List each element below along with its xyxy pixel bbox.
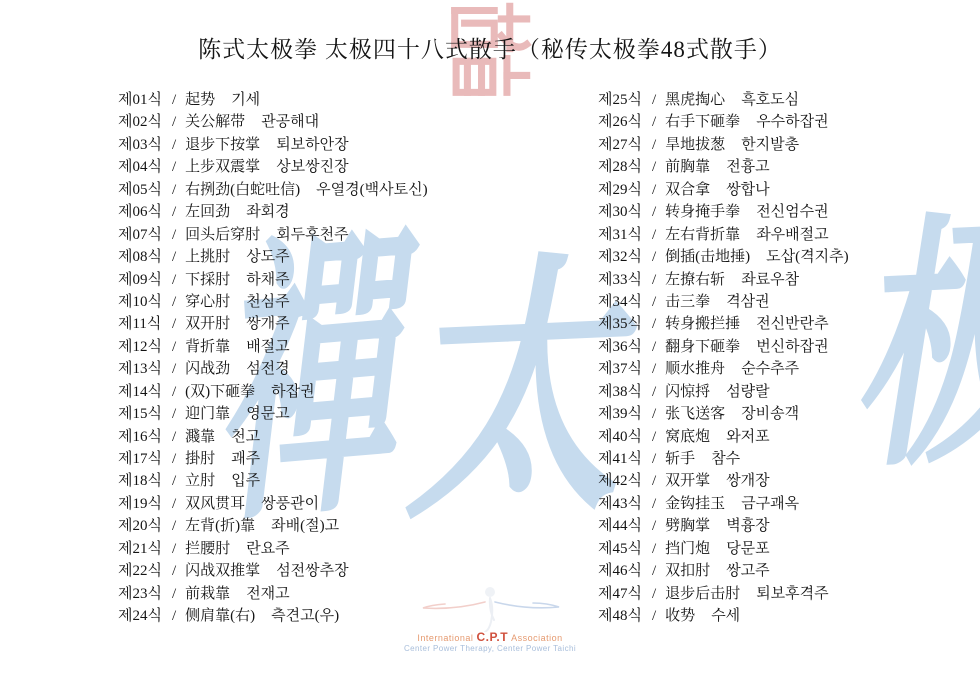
- list-item: 제24식/侧肩靠(右)측견고(우): [118, 605, 428, 627]
- chinese-move-name: 濺靠: [185, 429, 215, 445]
- separator: /: [652, 224, 656, 246]
- korean-move-name: 좌회경: [246, 204, 289, 220]
- separator: /: [652, 89, 656, 111]
- chinese-move-name: 左背(折)靠: [185, 518, 255, 534]
- list-item: 제38식/闪惊捋섬량랄: [598, 381, 849, 403]
- form-number: 제25식: [598, 89, 646, 111]
- separator: /: [172, 201, 176, 223]
- separator: /: [172, 426, 176, 448]
- separator: /: [172, 605, 176, 627]
- list-item: 제31식/左右背折靠좌우배절고: [598, 224, 849, 246]
- chinese-move-name: 闪惊捋: [665, 384, 710, 400]
- list-item: 제18식/立肘입주: [118, 470, 428, 492]
- separator: /: [652, 538, 656, 560]
- chinese-move-name: (双)下砸拳: [185, 384, 255, 400]
- form-number: 제38식: [598, 381, 646, 403]
- list-item: 제17식/掛肘괘주: [118, 448, 428, 470]
- separator: /: [652, 313, 656, 335]
- form-number: 제35식: [598, 313, 646, 335]
- chinese-move-name: 拦腰肘: [185, 541, 230, 557]
- korean-move-name: 와저포: [726, 429, 769, 445]
- separator: /: [172, 224, 176, 246]
- korean-move-name: 측견고(우): [271, 608, 339, 624]
- korean-move-name: 관공해대: [261, 114, 319, 130]
- form-number: 제18식: [118, 470, 166, 492]
- separator: /: [172, 403, 176, 425]
- korean-move-name: 퇴보하안장: [276, 137, 348, 153]
- separator: /: [652, 381, 656, 403]
- separator: /: [172, 111, 176, 133]
- korean-move-name: 도삽(격지추): [766, 249, 848, 265]
- korean-move-name: 천고: [231, 429, 260, 445]
- list-item: 제47식/退步后击肘퇴보후격주: [598, 583, 849, 605]
- moves-list-right-column: 제25식/黑虎掏心흑호도심 제26식/右手下砸拳우수하잡권 제27식/旱地拔葱한…: [598, 89, 849, 628]
- korean-move-name: 쌍고주: [726, 563, 769, 579]
- form-number: 제11식: [118, 313, 166, 335]
- chinese-move-name: 双开肘: [185, 316, 230, 332]
- chinese-move-name: 劈胸掌: [665, 518, 710, 534]
- korean-move-name: 전신반란추: [756, 316, 828, 332]
- form-number: 제43식: [598, 493, 646, 515]
- separator: /: [172, 246, 176, 268]
- separator: /: [172, 291, 176, 313]
- form-number: 제46식: [598, 560, 646, 582]
- chinese-move-name: 金钩挂玉: [665, 496, 725, 512]
- chinese-move-name: 退步后击肘: [665, 586, 740, 602]
- chinese-move-name: 右挒劲(白蛇吐信): [185, 182, 300, 198]
- chinese-move-name: 张飞送客: [665, 406, 725, 422]
- chinese-move-name: 黑虎掏心: [665, 92, 725, 108]
- korean-move-name: 섬량랄: [726, 384, 769, 400]
- form-number: 제44식: [598, 515, 646, 537]
- form-number: 제15식: [118, 403, 166, 425]
- form-number: 제22식: [118, 560, 166, 582]
- list-item: 제25식/黑虎掏心흑호도심: [598, 89, 849, 111]
- korean-move-name: 우열경(백사토신): [316, 182, 427, 198]
- list-item: 제03식/退步下按掌퇴보하안장: [118, 134, 428, 156]
- form-number: 제27식: [598, 134, 646, 156]
- list-item: 제23식/前栽靠전재고: [118, 583, 428, 605]
- korean-move-name: 장비송객: [741, 406, 799, 422]
- chinese-move-name: 倒插(击地捶): [665, 249, 750, 265]
- separator: /: [172, 515, 176, 537]
- form-number: 제40식: [598, 426, 646, 448]
- form-number: 제26식: [598, 111, 646, 133]
- korean-move-name: 영문고: [246, 406, 289, 422]
- list-item: 제19식/双风贯耳쌍풍관이: [118, 493, 428, 515]
- separator: /: [172, 336, 176, 358]
- korean-move-name: 한지발총: [741, 137, 799, 153]
- list-item: 제46식/双扣肘쌍고주: [598, 560, 849, 582]
- separator: /: [172, 448, 176, 470]
- list-item: 제21식/拦腰肘란요주: [118, 538, 428, 560]
- form-number: 제37식: [598, 358, 646, 380]
- list-item: 제07식/回头后穿肘회두후천주: [118, 224, 428, 246]
- separator: /: [652, 336, 656, 358]
- chinese-move-name: 背折靠: [185, 339, 230, 355]
- list-item: 제27식/旱地拔葱한지발총: [598, 134, 849, 156]
- korean-move-name: 쌍개주: [246, 316, 289, 332]
- chinese-move-name: 下採肘: [185, 272, 230, 288]
- form-number: 제17식: [118, 448, 166, 470]
- korean-move-name: 좌우배절고: [756, 227, 828, 243]
- korean-move-name: 상보쌍진장: [276, 159, 348, 175]
- list-item: 제13식/闪战劲섬전경: [118, 358, 428, 380]
- korean-move-name: 전재고: [246, 586, 289, 602]
- separator: /: [652, 403, 656, 425]
- list-item: 제16식/濺靠천고: [118, 426, 428, 448]
- chinese-move-name: 左撩右斩: [665, 272, 725, 288]
- form-number: 제14식: [118, 381, 166, 403]
- separator: /: [652, 358, 656, 380]
- footer-association-line: InternationalC.P.TAssociation: [0, 632, 980, 644]
- list-item: 제48식/收势수세: [598, 605, 849, 627]
- chinese-move-name: 迎门靠: [185, 406, 230, 422]
- list-item: 제44식/劈胸掌벽흉장: [598, 515, 849, 537]
- list-item: 제26식/右手下砸拳우수하잡권: [598, 111, 849, 133]
- separator: /: [652, 156, 656, 178]
- korean-move-name: 천심주: [246, 294, 289, 310]
- korean-move-name: 상도주: [246, 249, 289, 265]
- list-item: 제10식/穿心肘천심주: [118, 291, 428, 313]
- separator: /: [172, 493, 176, 515]
- separator: /: [652, 448, 656, 470]
- korean-move-name: 벽흉장: [726, 518, 769, 534]
- chinese-move-name: 前栽靠: [185, 586, 230, 602]
- form-number: 제32식: [598, 246, 646, 268]
- korean-move-name: 격삼권: [726, 294, 769, 310]
- korean-move-name: 번신하잡권: [756, 339, 828, 355]
- chinese-move-name: 立肘: [185, 473, 215, 489]
- form-number: 제04식: [118, 156, 166, 178]
- korean-move-name: 참수: [711, 451, 740, 467]
- list-item: 제28식/前胸靠전흉고: [598, 156, 849, 178]
- chinese-move-name: 窝底炮: [665, 429, 710, 445]
- korean-move-name: 배절고: [246, 339, 289, 355]
- korean-move-name: 섬전쌍추장: [276, 563, 348, 579]
- list-item: 제30식/转身掩手拳전신엄수권: [598, 201, 849, 223]
- separator: /: [172, 470, 176, 492]
- form-number: 제33식: [598, 269, 646, 291]
- form-number: 제34식: [598, 291, 646, 313]
- chinese-move-name: 左回劲: [185, 204, 230, 220]
- chinese-move-name: 起势: [185, 92, 215, 108]
- korean-move-name: 전흉고: [726, 159, 769, 175]
- chinese-move-name: 击三拳: [665, 294, 710, 310]
- list-item: 제43식/金钩挂玉금구괘옥: [598, 493, 849, 515]
- chinese-move-name: 回头后穿肘: [185, 227, 260, 243]
- list-item: 제06식/左回劲좌회경: [118, 201, 428, 223]
- footer-cpt-text: C.P.T: [476, 630, 508, 644]
- list-item: 제42식/双开掌쌍개장: [598, 470, 849, 492]
- korean-move-name: 란요주: [246, 541, 289, 557]
- form-number: 제31식: [598, 224, 646, 246]
- korean-move-name: 기세: [231, 92, 260, 108]
- separator: /: [652, 470, 656, 492]
- chinese-move-name: 翻身下砸拳: [665, 339, 740, 355]
- korean-move-name: 하잡권: [271, 384, 314, 400]
- korean-move-name: 괘주: [231, 451, 260, 467]
- chinese-move-name: 右手下砸拳: [665, 114, 740, 130]
- chinese-move-name: 转身搬拦捶: [665, 316, 740, 332]
- form-number: 제16식: [118, 426, 166, 448]
- chinese-move-name: 穿心肘: [185, 294, 230, 310]
- list-item: 제11식/双开肘쌍개주: [118, 313, 428, 335]
- page-title: 陈式太极拳 太极四十八式散手（秘传太极拳48式散手）: [0, 31, 980, 64]
- list-item: 제40식/窝底炮와저포: [598, 426, 849, 448]
- chinese-move-name: 前胸靠: [665, 159, 710, 175]
- separator: /: [652, 515, 656, 537]
- separator: /: [172, 313, 176, 335]
- separator: /: [652, 291, 656, 313]
- separator: /: [652, 111, 656, 133]
- taichi-figure-icon: [415, 584, 565, 632]
- chinese-move-name: 收势: [665, 608, 695, 624]
- form-number: 제20식: [118, 515, 166, 537]
- list-item: 제14식/(双)下砸拳하잡권: [118, 381, 428, 403]
- separator: /: [172, 179, 176, 201]
- list-item: 제45식/挡门炮당문포: [598, 538, 849, 560]
- separator: /: [172, 156, 176, 178]
- list-item: 제08식/上挑肘상도주: [118, 246, 428, 268]
- korean-move-name: 쌍합나: [726, 182, 769, 198]
- form-number: 제48식: [598, 605, 646, 627]
- korean-move-name: 우수하잡권: [756, 114, 828, 130]
- chinese-move-name: 上步双震掌: [185, 159, 260, 175]
- watermark-char-tai: 太: [398, 252, 621, 536]
- chinese-move-name: 旱地拔葱: [665, 137, 725, 153]
- korean-move-name: 순수추주: [741, 361, 799, 377]
- separator: /: [172, 89, 176, 111]
- list-item: 제36식/翻身下砸拳번신하잡권: [598, 336, 849, 358]
- korean-move-name: 퇴보후격주: [756, 586, 828, 602]
- separator: /: [172, 269, 176, 291]
- chinese-move-name: 顺水推舟: [665, 361, 725, 377]
- form-number: 제45식: [598, 538, 646, 560]
- separator: /: [172, 583, 176, 605]
- form-number: 제23식: [118, 583, 166, 605]
- list-item: 제02식/关公解带관공해대: [118, 111, 428, 133]
- form-number: 제07식: [118, 224, 166, 246]
- list-item: 제39식/张飞送客장비송객: [598, 403, 849, 425]
- chinese-move-name: 侧肩靠(右): [185, 608, 255, 624]
- separator: /: [652, 560, 656, 582]
- separator: /: [652, 134, 656, 156]
- chinese-move-name: 闪战劲: [185, 361, 230, 377]
- chinese-move-name: 关公解带: [185, 114, 245, 130]
- form-number: 제13식: [118, 358, 166, 380]
- list-item: 제04식/上步双震掌상보쌍진장: [118, 156, 428, 178]
- korean-move-name: 금구괘옥: [741, 496, 799, 512]
- korean-move-name: 수세: [711, 608, 740, 624]
- form-number: 제05식: [118, 179, 166, 201]
- list-item: 제12식/背折靠배절고: [118, 336, 428, 358]
- watermark-char-ji: 极: [848, 213, 980, 485]
- korean-move-name: 쌍풍관이: [261, 496, 319, 512]
- list-item: 제35식/转身搬拦捶전신반란추: [598, 313, 849, 335]
- separator: /: [652, 179, 656, 201]
- moves-list-left-column: 제01식/起势기세 제02식/关公解带관공해대 제03식/退步下按掌퇴보하안장 …: [118, 89, 428, 628]
- korean-move-name: 전신엄수권: [756, 204, 828, 220]
- form-number: 제06식: [118, 201, 166, 223]
- form-number: 제24식: [118, 605, 166, 627]
- form-number: 제02식: [118, 111, 166, 133]
- separator: /: [652, 246, 656, 268]
- form-number: 제21식: [118, 538, 166, 560]
- footer-intl-text: International: [417, 633, 473, 643]
- separator: /: [652, 269, 656, 291]
- separator: /: [172, 560, 176, 582]
- chinese-move-name: 上挑肘: [185, 249, 230, 265]
- separator: /: [652, 605, 656, 627]
- form-number: 제01식: [118, 89, 166, 111]
- korean-move-name: 좌료우참: [741, 272, 799, 288]
- list-item: 제09식/下採肘하채주: [118, 269, 428, 291]
- separator: /: [172, 538, 176, 560]
- form-number: 제19식: [118, 493, 166, 515]
- list-item: 제41식/斩手참수: [598, 448, 849, 470]
- chinese-move-name: 退步下按掌: [185, 137, 260, 153]
- form-number: 제12식: [118, 336, 166, 358]
- list-item: 제34식/击三拳격삼권: [598, 291, 849, 313]
- korean-move-name: 좌배(절)고: [271, 518, 339, 534]
- korean-move-name: 하채주: [246, 272, 289, 288]
- list-item: 제05식/右挒劲(白蛇吐信)우열경(백사토신): [118, 179, 428, 201]
- chinese-move-name: 双扣肘: [665, 563, 710, 579]
- separator: /: [652, 426, 656, 448]
- form-number: 제03식: [118, 134, 166, 156]
- form-number: 제42식: [598, 470, 646, 492]
- form-number: 제10식: [118, 291, 166, 313]
- chinese-move-name: 掛肘: [185, 451, 215, 467]
- form-number: 제29식: [598, 179, 646, 201]
- form-number: 제09식: [118, 269, 166, 291]
- form-number: 제39식: [598, 403, 646, 425]
- separator: /: [172, 381, 176, 403]
- chinese-move-name: 双开掌: [665, 473, 710, 489]
- separator: /: [652, 493, 656, 515]
- form-number: 제41식: [598, 448, 646, 470]
- form-number: 제30식: [598, 201, 646, 223]
- list-item: 제32식/倒插(击地捶)도삽(격지추): [598, 246, 849, 268]
- footer-tagline: Center Power Therapy, Center Power Taich…: [0, 644, 980, 654]
- chinese-move-name: 转身掩手拳: [665, 204, 740, 220]
- separator: /: [652, 583, 656, 605]
- korean-move-name: 쌍개장: [726, 473, 769, 489]
- separator: /: [652, 201, 656, 223]
- form-number: 제08식: [118, 246, 166, 268]
- chinese-move-name: 斩手: [665, 451, 695, 467]
- separator: /: [172, 358, 176, 380]
- korean-move-name: 입주: [231, 473, 260, 489]
- chinese-move-name: 左右背折靠: [665, 227, 740, 243]
- list-item: 제20식/左背(折)靠좌배(절)고: [118, 515, 428, 537]
- list-item: 제33식/左撩右斩좌료우참: [598, 269, 849, 291]
- footer-assoc-text: Association: [511, 633, 563, 643]
- list-item: 제37식/顺水推舟순수추주: [598, 358, 849, 380]
- form-number: 제36식: [598, 336, 646, 358]
- list-item: 제22식/闪战双推掌섬전쌍추장: [118, 560, 428, 582]
- korean-move-name: 섬전경: [246, 361, 289, 377]
- form-number: 제47식: [598, 583, 646, 605]
- document-page: 禪 太 极 陈式太极拳 太极四十八式散手（秘传太极拳48式散手） 제01식/起势…: [0, 0, 980, 693]
- chinese-move-name: 双合拿: [665, 182, 710, 198]
- korean-move-name: 회두후천주: [276, 227, 348, 243]
- chinese-move-name: 挡门炮: [665, 541, 710, 557]
- korean-move-name: 당문포: [726, 541, 769, 557]
- chinese-move-name: 闪战双推掌: [185, 563, 260, 579]
- korean-move-name: 흑호도심: [741, 92, 799, 108]
- list-item: 제01식/起势기세: [118, 89, 428, 111]
- separator: /: [172, 134, 176, 156]
- list-item: 제15식/迎门靠영문고: [118, 403, 428, 425]
- form-number: 제28식: [598, 156, 646, 178]
- list-item: 제29식/双合拿쌍합나: [598, 179, 849, 201]
- chinese-move-name: 双风贯耳: [185, 496, 245, 512]
